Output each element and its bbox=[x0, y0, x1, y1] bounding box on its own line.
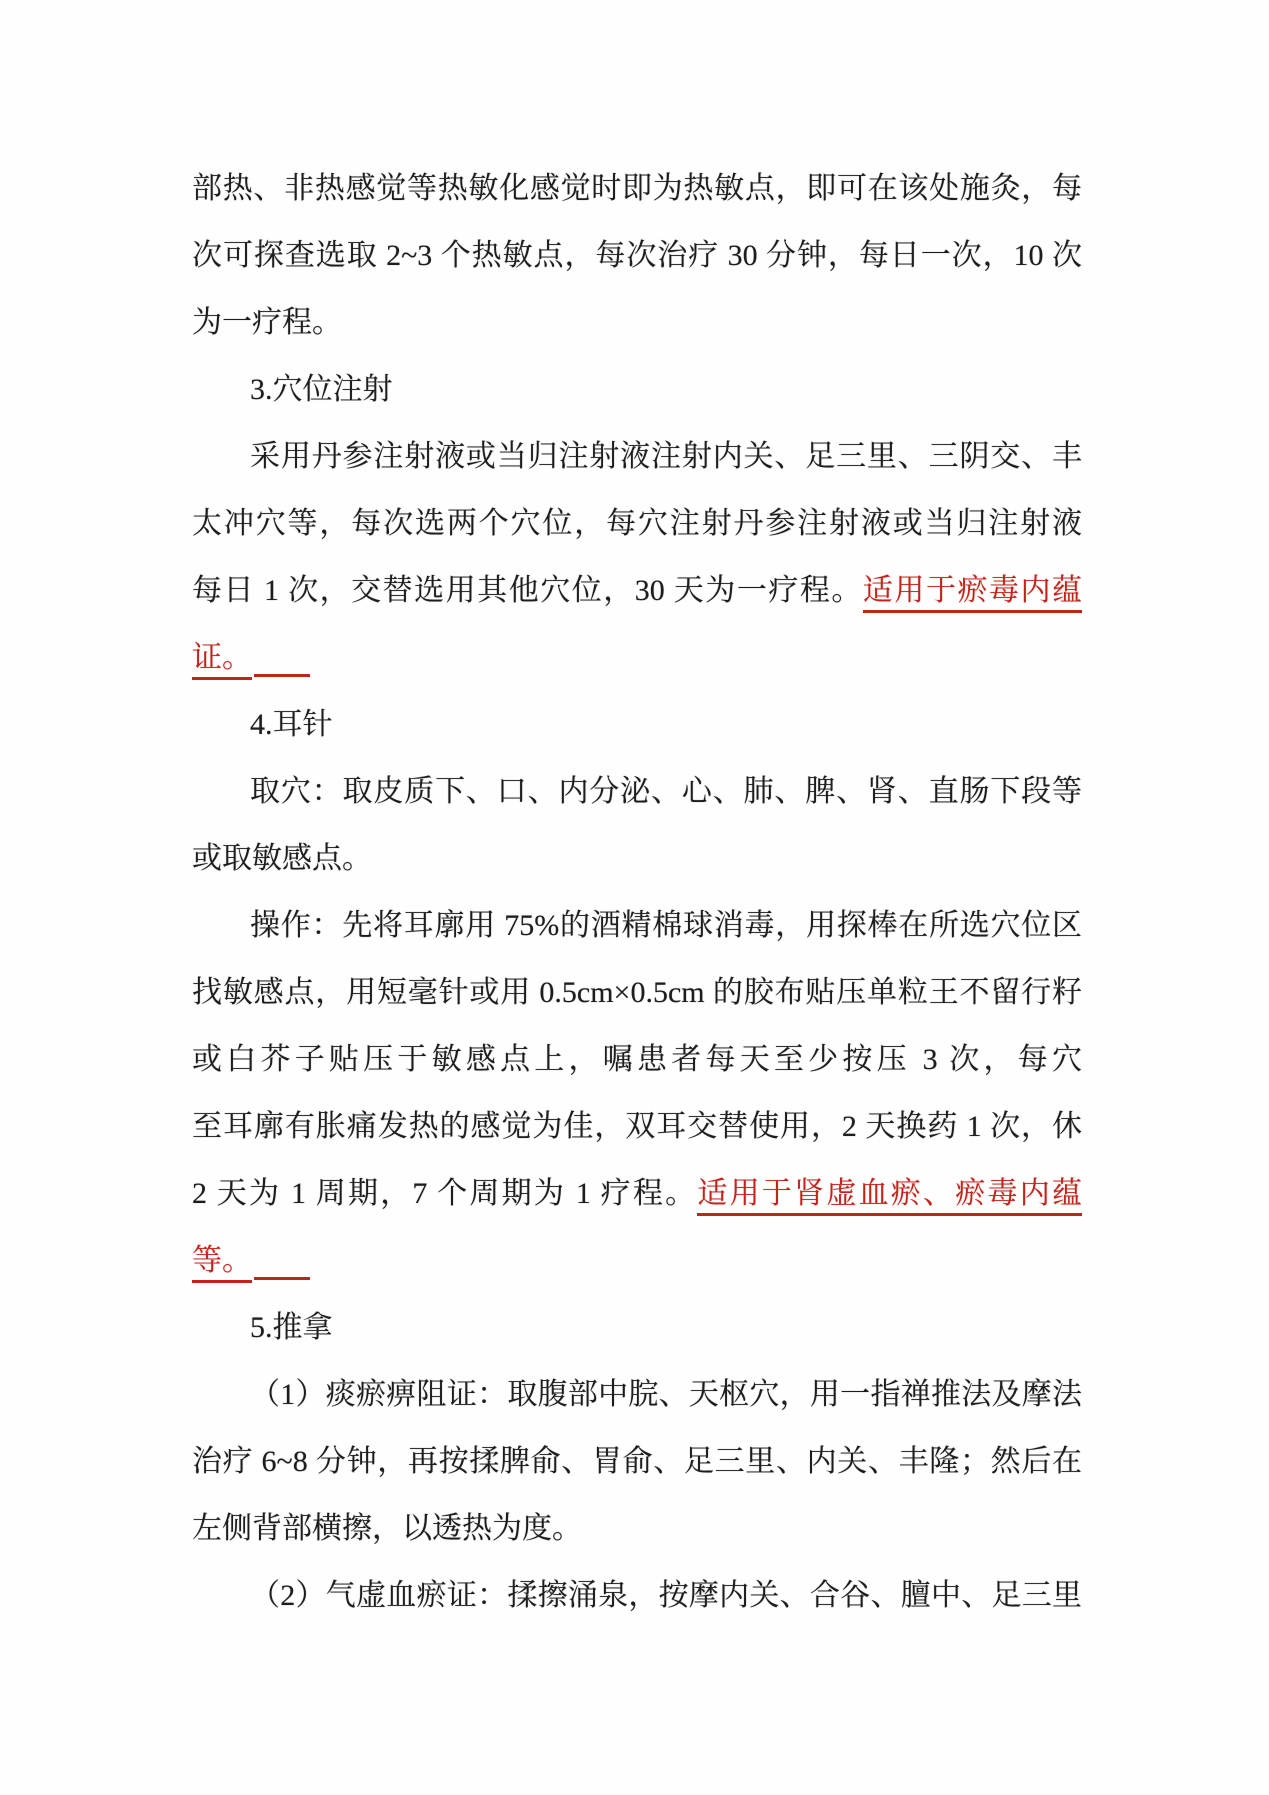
text-line: 找敏感点，用短毫针或用 0.5cm×0.5cm 的胶布贴压单粒王不留行籽 bbox=[192, 959, 1082, 1026]
text-segment: 取穴：取皮质下、口、内分泌、心、肺、脾、肾、直肠下段等穴， bbox=[192, 775, 1082, 825]
text-segment: （1）痰瘀痹阻证：取腹部中脘、天枢穴，用一指禅推法及摩法 bbox=[250, 1378, 1082, 1411]
text-segment: 或白芥子贴压于敏感点上，嘱患者每天至少按压 3 次，每穴 3~5min， bbox=[192, 1043, 1082, 1093]
highlighted-indication-text: 适用于瘀毒内蕴 bbox=[863, 574, 1082, 613]
text-segment: 采用丹参注射液或当归注射液注射内关、足三里、三阴交、丰隆、 bbox=[192, 440, 1082, 490]
text-segment: 左侧背部横擦，以透热为度。 bbox=[192, 1512, 582, 1545]
text-line: 部热、非热感觉等热敏化感觉时即为热敏点，即可在该处施灸，每 bbox=[192, 155, 1082, 222]
text-line: 至耳廓有胀痛发热的感觉为佳，双耳交替使用，2 天换药 1 次，休息 bbox=[192, 1093, 1082, 1160]
highlighted-indication-text: 等。 bbox=[192, 1244, 252, 1283]
text-segment: 2 天为 1 周期，7 个周期为 1 疗程。 bbox=[192, 1177, 697, 1210]
text-segment: 为一疗程。 bbox=[192, 306, 342, 339]
red-underline-extension bbox=[254, 1277, 310, 1280]
text-line: 采用丹参注射液或当归注射液注射内关、足三里、三阴交、丰隆、 bbox=[192, 423, 1082, 490]
text-line: 每日 1 次，交替选用其他穴位，30 天为一疗程。适用于瘀毒内蕴 bbox=[192, 557, 1082, 624]
document-page: 部热、非热感觉等热敏化感觉时即为热敏点，即可在该处施灸，每 次可探查选取 2~3… bbox=[0, 0, 1269, 1795]
text-segment: 至耳廓有胀痛发热的感觉为佳，双耳交替使用，2 天换药 1 次，休息 bbox=[192, 1110, 1082, 1160]
highlighted-indication-text: 适用于肾虚血瘀、瘀毒内蕴 bbox=[697, 1177, 1082, 1216]
document-body: 部热、非热感觉等热敏化感觉时即为热敏点，即可在该处施灸，每 次可探查选取 2~3… bbox=[192, 155, 1082, 1629]
text-segment: 或取敏感点。 bbox=[192, 842, 372, 875]
text-line: 或白芥子贴压于敏感点上，嘱患者每天至少按压 3 次，每穴 3~5min， bbox=[192, 1026, 1082, 1093]
text-segment: 3.穴位注射 bbox=[250, 373, 393, 406]
text-line: 次可探查选取 2~3 个热敏点，每次治疗 30 分钟，每日一次，10 次 bbox=[192, 222, 1082, 289]
text-line: 太冲穴等，每次选两个穴位，每穴注射丹参注射液或当归注射液 1ml， bbox=[192, 490, 1082, 557]
text-segment: 太冲穴等，每次选两个穴位，每穴注射丹参注射液或当归注射液 1ml， bbox=[192, 507, 1082, 557]
text-segment: 找敏感点，用短毫针或用 0.5cm×0.5cm 的胶布贴压单粒王不留行籽 bbox=[192, 976, 1082, 1009]
text-line: 证。 bbox=[192, 624, 1082, 691]
text-line: 取穴：取皮质下、口、内分泌、心、肺、脾、肾、直肠下段等穴， bbox=[192, 758, 1082, 825]
text-line: （1）痰瘀痹阻证：取腹部中脘、天枢穴，用一指禅推法及摩法 bbox=[192, 1361, 1082, 1428]
text-segment: 次可探查选取 2~3 个热敏点，每次治疗 30 分钟，每日一次，10 次 bbox=[192, 239, 1082, 272]
text-segment: 部热、非热感觉等热敏化感觉时即为热敏点，即可在该处施灸，每 bbox=[192, 172, 1082, 205]
text-line: 左侧背部横擦，以透热为度。 bbox=[192, 1495, 1082, 1562]
section-heading-3: 3.穴位注射 bbox=[192, 356, 1082, 423]
text-line: （2）气虚血瘀证：揉擦涌泉，按摩内关、合谷、膻中、足三里 bbox=[192, 1562, 1082, 1629]
text-segment: 操作：先将耳廓用 75%的酒精棉球消毒，用探棒在所选穴位区域 bbox=[192, 909, 1082, 959]
section-heading-5: 5.推拿 bbox=[192, 1294, 1082, 1361]
text-segment: 4.耳针 bbox=[250, 708, 333, 741]
highlighted-indication-text: 证。 bbox=[192, 641, 252, 680]
text-line: 2 天为 1 周期，7 个周期为 1 疗程。适用于肾虚血瘀、瘀毒内蕴 bbox=[192, 1160, 1082, 1227]
text-segment: 治疗 6~8 分钟，再按揉脾俞、胃俞、足三里、内关、丰隆；然后在 bbox=[192, 1445, 1082, 1478]
text-segment: （2）气虚血瘀证：揉擦涌泉，按摩内关、合谷、膻中、足三里 bbox=[250, 1579, 1082, 1612]
text-line: 或取敏感点。 bbox=[192, 825, 1082, 892]
red-underline-extension bbox=[254, 674, 310, 677]
text-line: 为一疗程。 bbox=[192, 289, 1082, 356]
text-line: 治疗 6~8 分钟，再按揉脾俞、胃俞、足三里、内关、丰隆；然后在 bbox=[192, 1428, 1082, 1495]
section-heading-4: 4.耳针 bbox=[192, 691, 1082, 758]
text-segment: 5.推拿 bbox=[250, 1311, 333, 1344]
text-line: 操作：先将耳廓用 75%的酒精棉球消毒，用探棒在所选穴位区域 bbox=[192, 892, 1082, 959]
text-line: 等。 bbox=[192, 1227, 1082, 1294]
text-segment: 每日 1 次，交替选用其他穴位，30 天为一疗程。 bbox=[192, 574, 863, 607]
